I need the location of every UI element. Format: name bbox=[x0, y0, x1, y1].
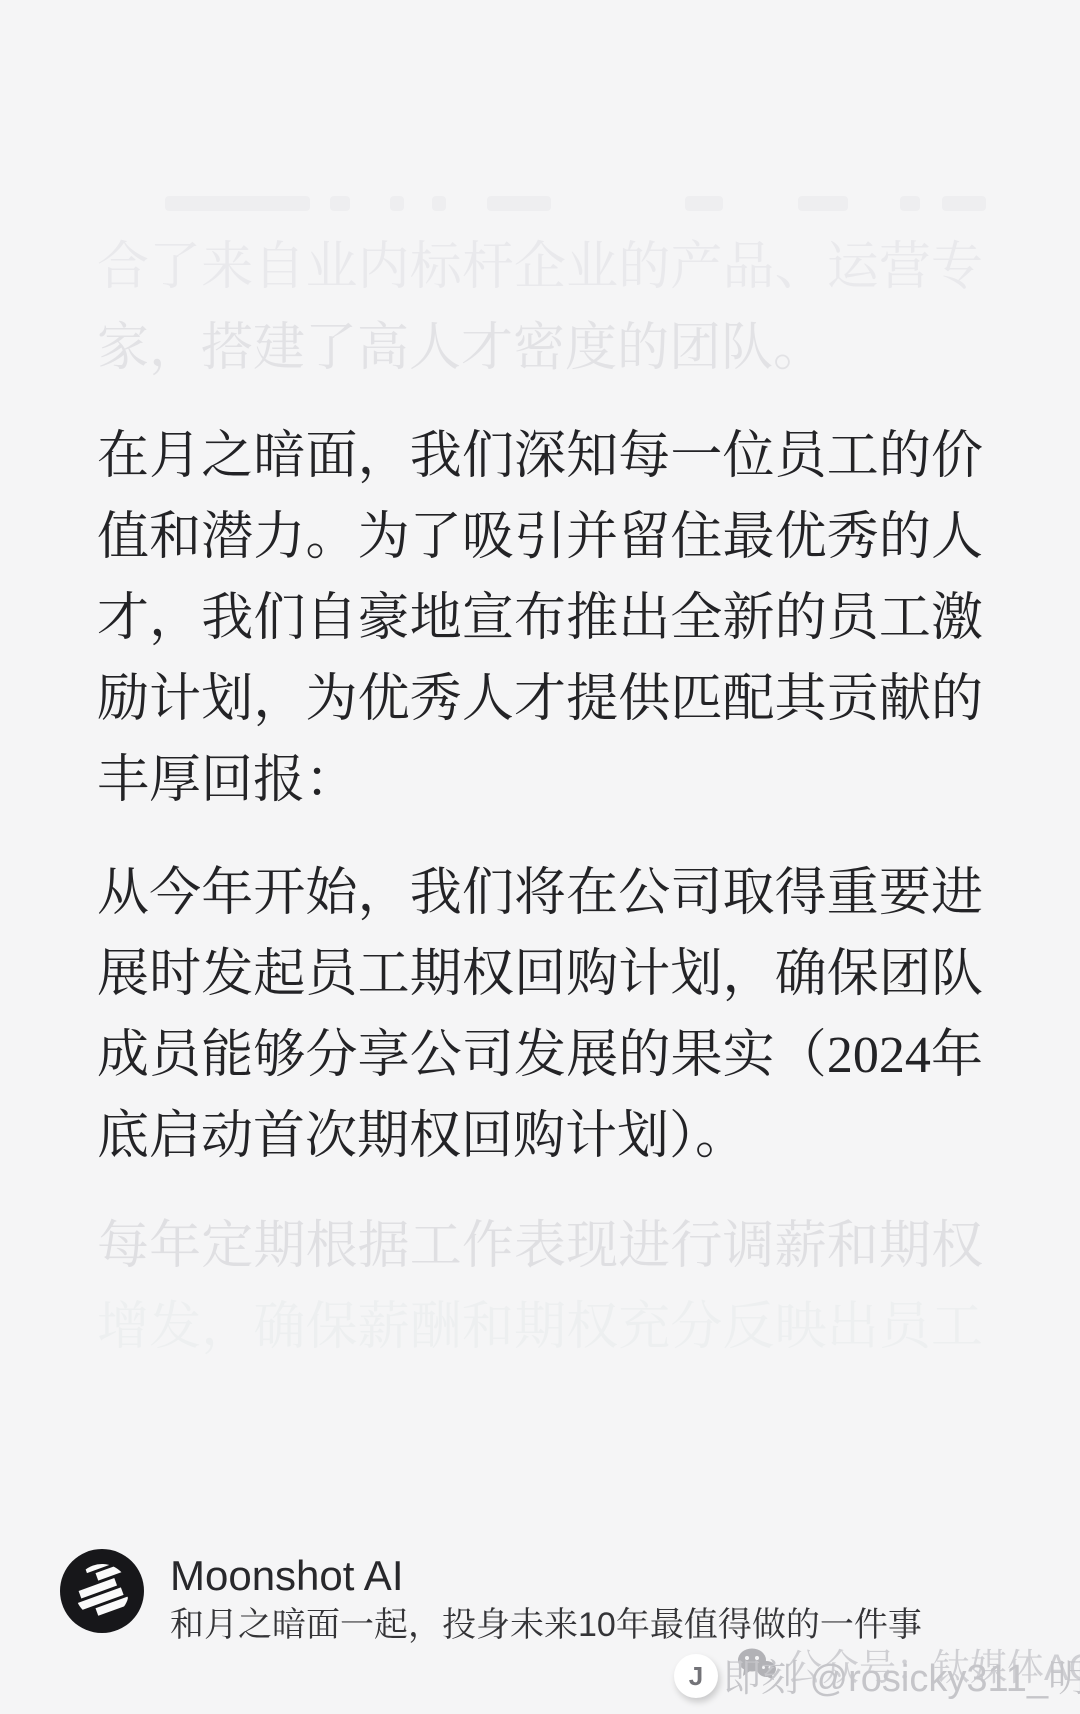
faded-paragraph-line: 增发，确保薪酬和期权充分反映出员工 bbox=[97, 1287, 983, 1368]
paragraph-buyback-line: 成员能够分享公司发展的果实（2024年 bbox=[97, 1015, 983, 1096]
faded-paragraph-line: 家，搭建了高人才密度的团队。 bbox=[97, 308, 983, 389]
faded-text-remnant bbox=[900, 196, 920, 211]
brand-name: Moonshot AI bbox=[170, 1552, 403, 1600]
faded-text-remnant bbox=[432, 196, 446, 211]
faded-text-remnant bbox=[165, 196, 310, 211]
jike-logo-icon: J bbox=[674, 1654, 718, 1698]
brand-tagline: 和月之暗面一起，投身未来10年最值得做的一件事 bbox=[170, 1605, 922, 1645]
faded-text-remnant bbox=[330, 196, 350, 211]
jike-watermark-text: 即刻 @rosicky311_明浩 bbox=[723, 1656, 1080, 1702]
faded-text-remnant bbox=[685, 196, 723, 211]
paragraph-incentive-line: 丰厚回报： bbox=[97, 740, 983, 821]
faded-text-remnant bbox=[487, 196, 551, 211]
paragraph-incentive-line: 励计划，为优秀人才提供匹配其贡献的 bbox=[97, 659, 983, 740]
paragraph-buyback-line: 从今年开始，我们将在公司取得重要进 bbox=[97, 853, 983, 934]
faded-text-remnant bbox=[942, 196, 986, 211]
faded-paragraph-line: 每年定期根据工作表现进行调薪和期权 bbox=[97, 1206, 983, 1287]
faded-text-remnant bbox=[390, 196, 404, 211]
paragraph-buyback-line: 底启动首次期权回购计划）。 bbox=[97, 1096, 983, 1177]
paragraph-incentive-line: 值和潜力。为了吸引并留住最优秀的人 bbox=[97, 497, 983, 578]
announcement-page: 合了来自业内标杆企业的产品、运营专 家，搭建了高人才密度的团队。 在月之暗面，我… bbox=[0, 0, 1080, 1714]
moonshot-logo-icon bbox=[60, 1549, 144, 1633]
faded-paragraph-line: 合了来自业内标杆企业的产品、运营专 bbox=[97, 227, 983, 308]
paragraph-incentive-line: 才，我们自豪地宣布推出全新的员工激 bbox=[97, 578, 983, 659]
paragraph-buyback-line: 展时发起员工期权回购计划，确保团队 bbox=[97, 934, 983, 1015]
faded-text-remnant bbox=[798, 196, 848, 211]
paragraph-incentive-line: 在月之暗面，我们深知每一位员工的价 bbox=[97, 416, 983, 497]
